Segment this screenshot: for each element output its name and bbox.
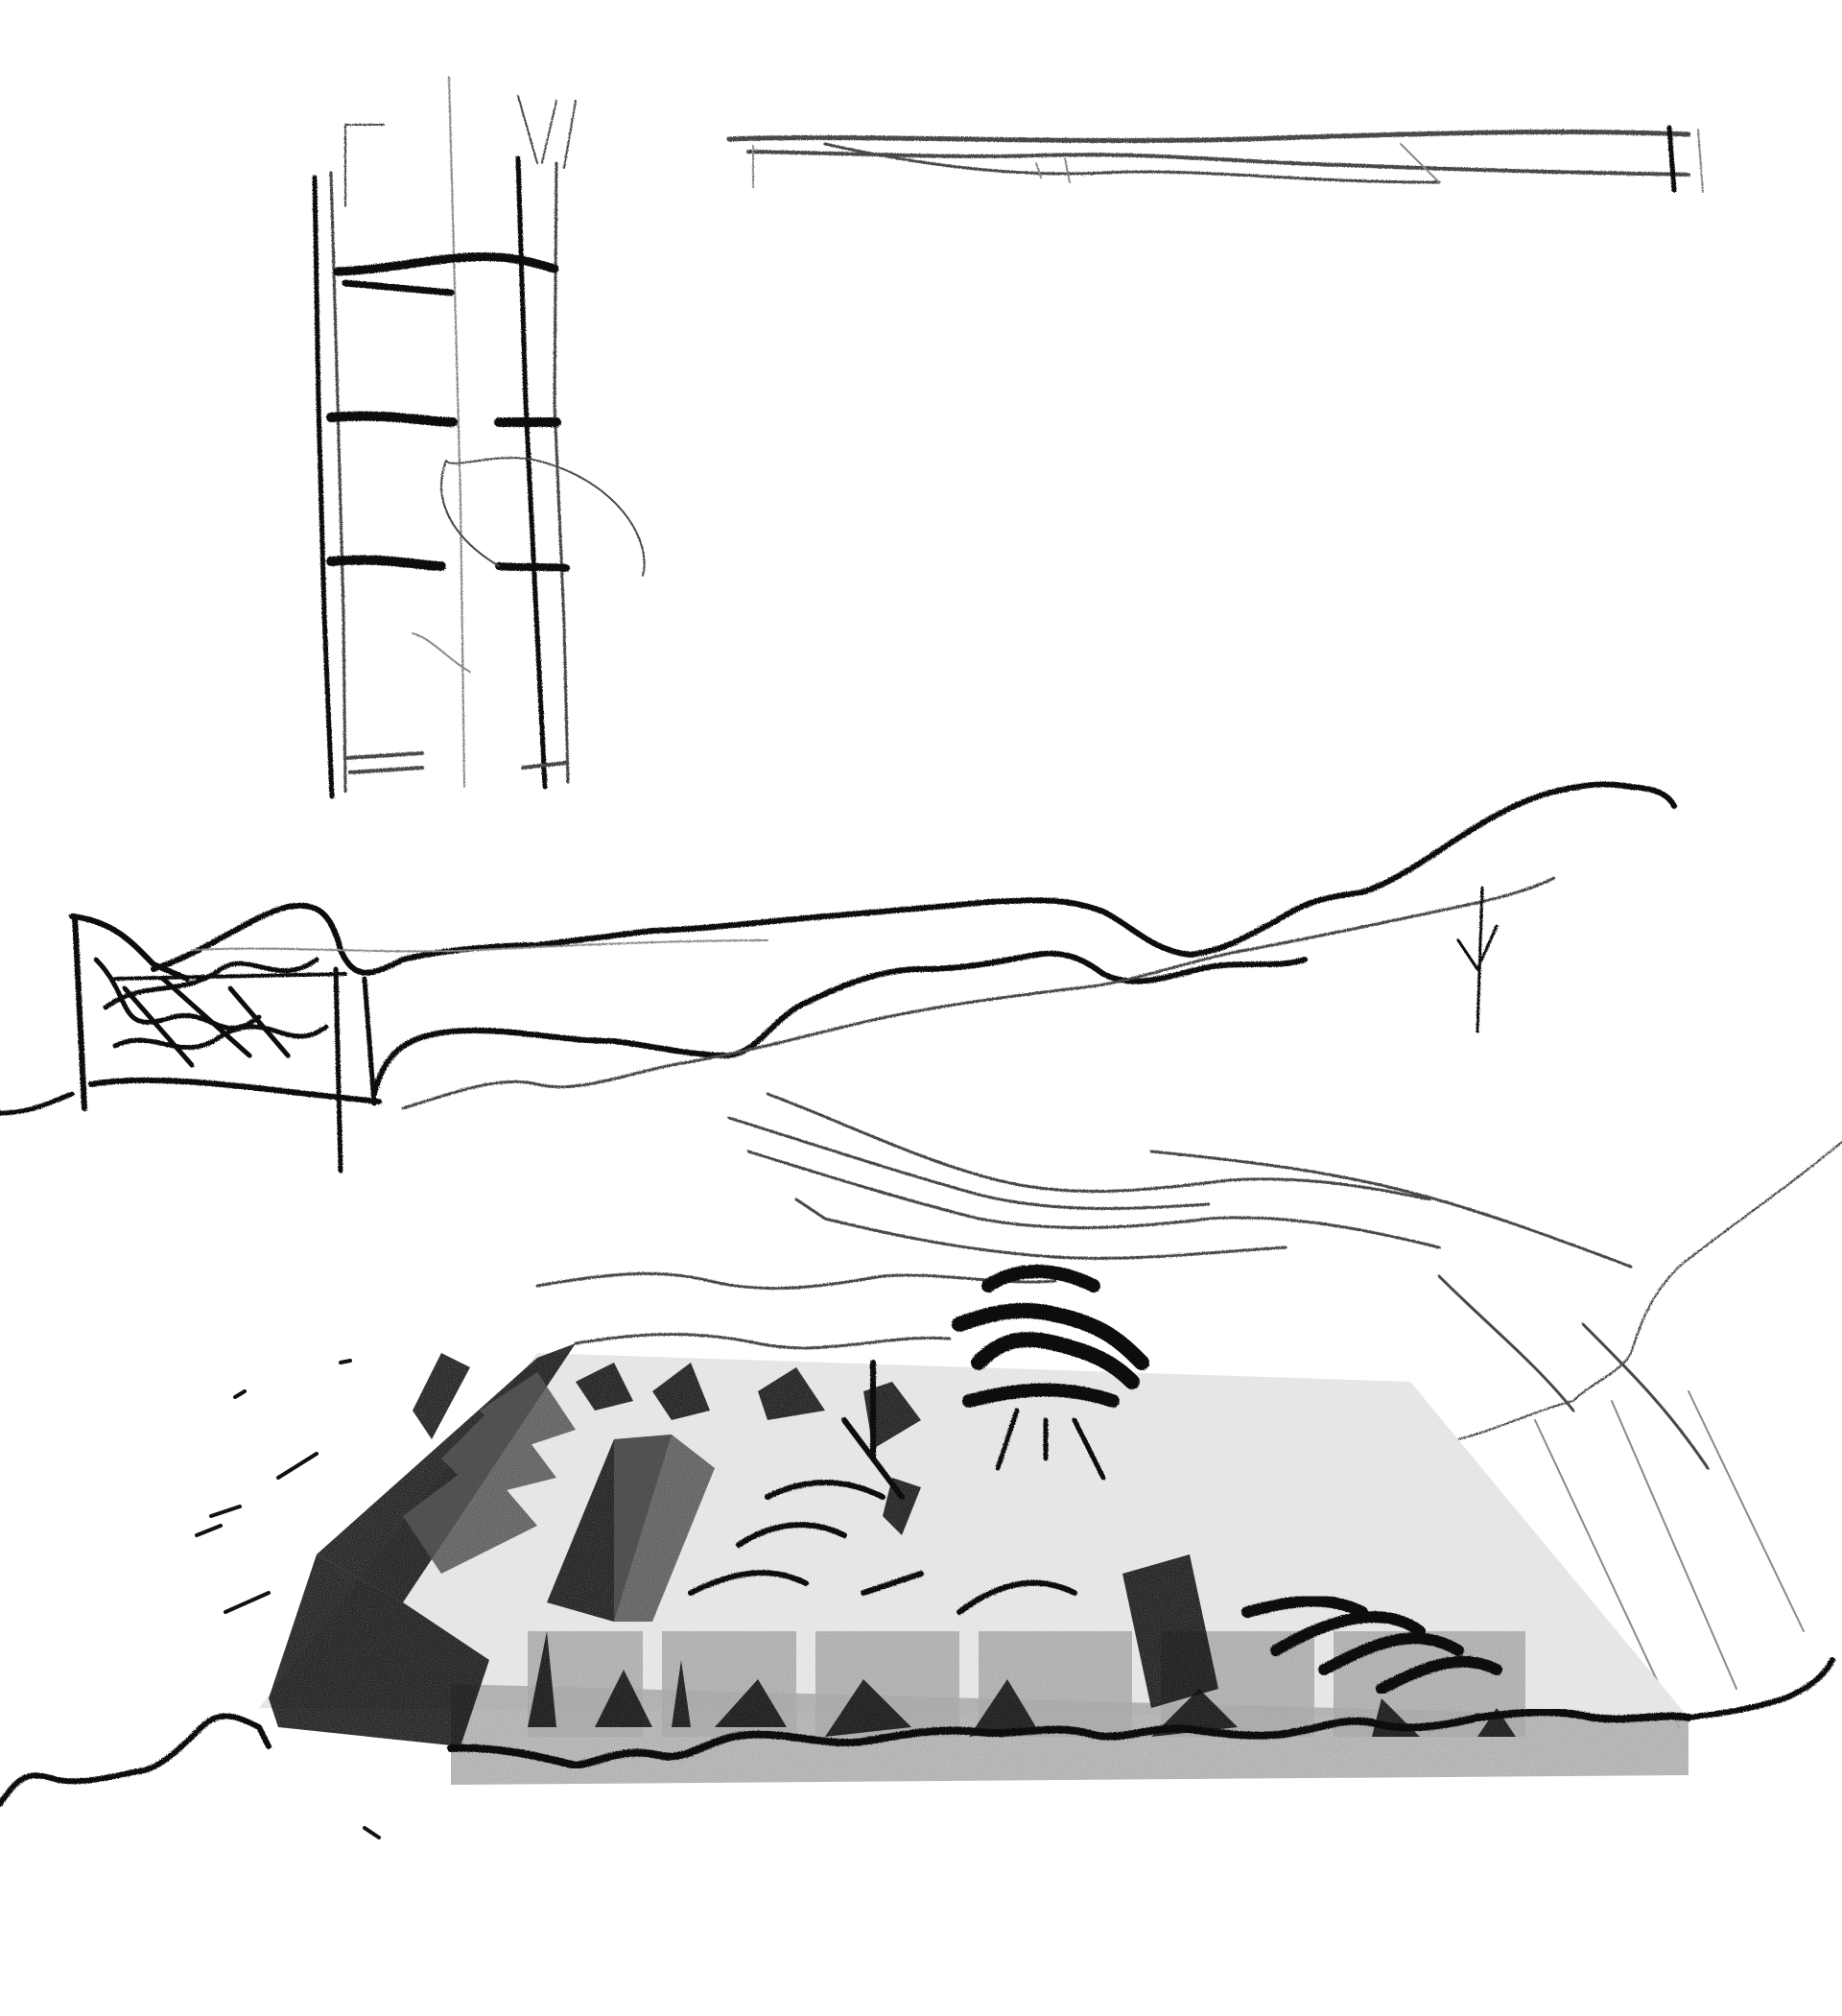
tower-elevation-sketch [315, 77, 645, 796]
aerial-model-view [0, 1094, 1842, 1838]
horizon-strip-sketch [729, 128, 1703, 192]
sketch-svg [0, 0, 1842, 2016]
section-landscape-sketch [0, 785, 1674, 1171]
